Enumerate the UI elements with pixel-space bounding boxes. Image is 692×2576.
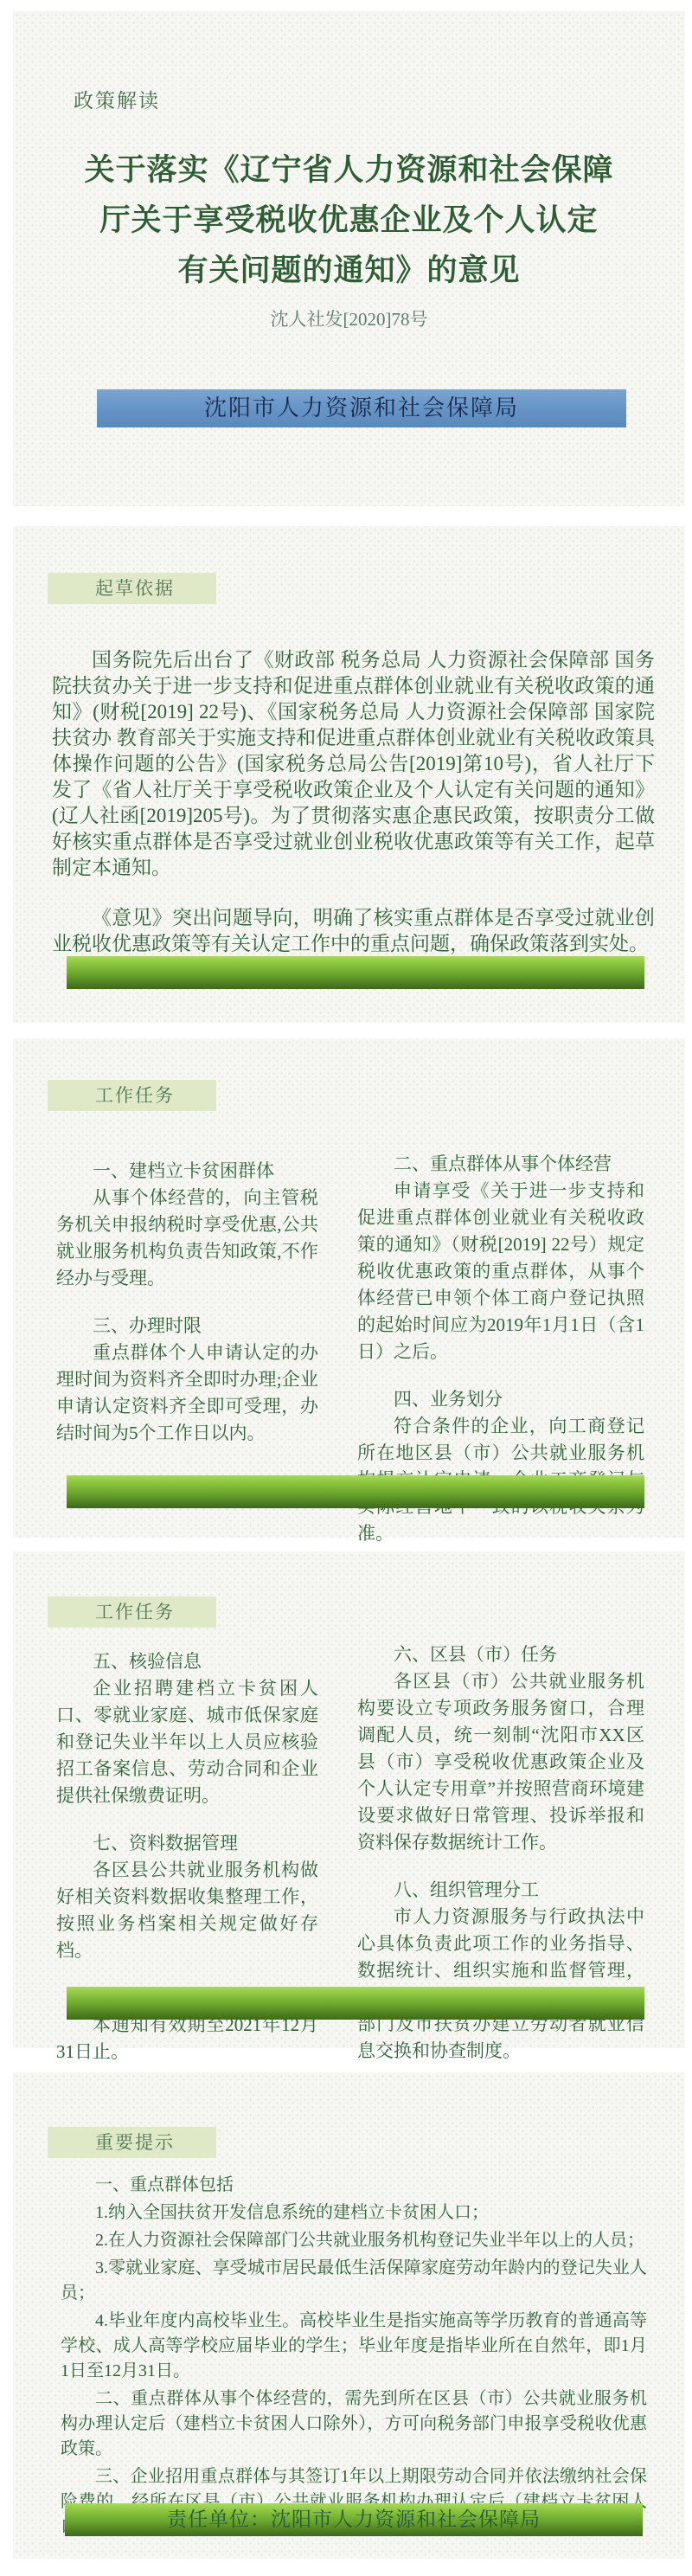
task-item-5-heading: 五、核验信息 <box>56 1648 318 1675</box>
important-notes-card: 重要提示 一、重点群体包括 1.纳入全国扶贫开发信息系统的建档立卡贫困人口； 2… <box>13 2072 685 2559</box>
note-item-1-2: 2.在人力资源社会保障部门公共就业服务机构登记失业半年以上的人员； <box>61 2228 647 2253</box>
task-item-2-heading: 二、重点群体从事个体经营 <box>357 1151 644 1178</box>
responsible-unit-banner: 责任单位：沈阳市人力资源和社会保障局 <box>65 2503 643 2536</box>
drafting-basis-paragraph-1: 国务院先后出台了《财政部 税务总局 人力资源社会保障部 国务院扶贫办关于进一步支… <box>52 647 655 881</box>
divider-bar <box>67 956 644 989</box>
drafting-basis-card: 起草依据 国务院先后出台了《财政部 税务总局 人力资源社会保障部 国务院扶贫办关… <box>13 526 685 1023</box>
task-item-3-body: 重点群体个人申请认定的办理时间为资料齐全即时办理;企业申请认定资料齐全即可受理，… <box>56 1339 318 1447</box>
task-item-4-heading: 四、业务划分 <box>357 1386 644 1413</box>
work-tasks-left-column: 一、建档立卡贫困群体 从事个体经营的，向主管税务机关申报纳税时享受优惠,公共就业… <box>56 1158 318 1468</box>
task-item-1-heading: 一、建档立卡贫困群体 <box>56 1158 318 1185</box>
task-item-5: 五、核验信息 企业招聘建档立卡贫困人口、零就业家庭、城市低保家庭和登记失业半年以… <box>56 1648 318 1809</box>
title-card: 政策解读 关于落实《辽宁省人力资源和社会保障 厅关于享受税收优惠企业及个人认定 … <box>13 11 685 506</box>
work-tasks-left-column-2: 五、核验信息 企业招聘建档立卡贫困人口、零就业家庭、城市低保家庭和登记失业半年以… <box>56 1648 318 2086</box>
issuing-authority-banner: 沈阳市人力资源和社会保障局 <box>97 389 626 427</box>
task-item-4: 四、业务划分 符合条件的企业，向工商登记所在地区县（市）公共就业服务机构提交认定… <box>357 1386 644 1547</box>
task-item-3: 三、办理时限 重点群体个人申请认定的办理时间为资料齐全即时办理;企业申请认定资料… <box>56 1313 318 1447</box>
policy-poster: { "colors": { "card_background": "#f6f7f… <box>0 0 692 2576</box>
document-title: 关于落实《辽宁省人力资源和社会保障 厅关于享受税收优惠企业及个人认定 有关问题的… <box>48 145 650 296</box>
task-item-7-heading: 七、资料数据管理 <box>56 1830 318 1857</box>
work-tasks-card-1: 工作任务 一、建档立卡贫困群体 从事个体经营的，向主管税务机关申报纳税时享受优惠… <box>13 1038 685 1538</box>
task-item-2: 二、重点群体从事个体经营 申请享受《关于进一步支持和促进重点群体创业就业有关税收… <box>357 1151 644 1365</box>
note-item-1-4: 4.毕业年度内高校毕业生。高校毕业生是指实施高等学历教育的普通高等学校、成人高等… <box>61 2309 647 2384</box>
document-title-line2: 厅关于享受税收优惠企业及个人认定 <box>48 196 650 246</box>
task-item-8-body: 市人力资源服务与行政执法中心具体负责此项工作的业务指导、数据统计、组织实施和监督… <box>357 1904 644 2065</box>
task-item-6-body: 各区县（市）公共就业服务机构要设立专项政务服务窗口，合理调配人员，统一刻制“沈阳… <box>357 1668 644 1856</box>
work-tasks-card-2: 工作任务 五、核验信息 企业招聘建档立卡贫困人口、零就业家庭、城市低保家庭和登记… <box>13 1551 685 2048</box>
important-notes-text: 一、重点群体包括 1.纳入全国扶贫开发信息系统的建档立卡贫困人口； 2.在人力资… <box>61 2173 647 2542</box>
section-label-work-tasks-2: 工作任务 <box>48 1596 216 1628</box>
task-item-7-body: 各区县公共就业服务机构做好相关资料数据收集整理工作，按照业务档案相关规定做好存档… <box>56 1857 318 1964</box>
task-item-5-body: 企业招聘建档立卡贫困人口、零就业家庭、城市低保家庭和登记失业半年以上人员应核验招… <box>56 1675 318 1809</box>
drafting-basis-text: 国务院先后出台了《财政部 税务总局 人力资源社会保障部 国务院扶贫办关于进一步支… <box>52 647 655 981</box>
task-item-7: 七、资料数据管理 各区县公共就业服务机构做好相关资料数据收集整理工作，按照业务档… <box>56 1830 318 1964</box>
note-item-1: 一、重点群体包括 <box>61 2173 647 2198</box>
note-item-2: 二、重点群体从事个体经营的，需先到所在区县（市）公共就业服务机构办理认定后（建档… <box>61 2386 647 2462</box>
note-item-1-3: 3.零就业家庭、享受城市居民最低生活保障家庭劳动年龄内的登记失业人员； <box>61 2256 647 2306</box>
drafting-basis-paragraph-2: 《意见》突出问题导向，明确了核实重点群体是否享受过就业创业税收优惠政策等有关认定… <box>52 905 655 957</box>
task-item-9-body: 本通知有效期至2021年12月31日止。 <box>56 2012 318 2065</box>
policy-interpretation-tag: 政策解读 <box>74 85 160 113</box>
task-item-8-heading: 八、组织管理分工 <box>357 1877 644 1904</box>
section-label-work-tasks-1: 工作任务 <box>48 1080 216 1111</box>
section-label-drafting-basis: 起草依据 <box>48 573 216 604</box>
task-item-2-body: 申请享受《关于进一步支持和促进重点群体创业就业有关税收政策的通知》（财税[201… <box>357 1178 644 1365</box>
task-item-6-heading: 六、区县（市）任务 <box>357 1641 644 1668</box>
task-item-8: 八、组织管理分工 市人力资源服务与行政执法中心具体负责此项工作的业务指导、数据统… <box>357 1877 644 2065</box>
document-title-line1: 关于落实《辽宁省人力资源和社会保障 <box>48 145 650 196</box>
task-item-1: 一、建档立卡贫困群体 从事个体经营的，向主管税务机关申报纳税时享受优惠,公共就业… <box>56 1158 318 1292</box>
task-item-6: 六、区县（市）任务 各区县（市）公共就业服务机构要设立专项政务服务窗口，合理调配… <box>357 1641 644 1856</box>
task-item-3-heading: 三、办理时限 <box>56 1313 318 1339</box>
note-item-1-1: 1.纳入全国扶贫开发信息系统的建档立卡贫困人口； <box>61 2200 647 2226</box>
divider-bar <box>67 1475 644 1508</box>
task-item-1-body: 从事个体经营的，向主管税务机关申报纳税时享受优惠,公共就业服务机构负责告知政策,… <box>56 1185 318 1292</box>
document-number: 沈人社发[2020]78号 <box>13 305 685 331</box>
divider-bar <box>67 1987 644 2020</box>
section-label-important-notes: 重要提示 <box>48 2127 216 2158</box>
document-title-line3: 有关问题的通知》的意见 <box>48 246 650 296</box>
